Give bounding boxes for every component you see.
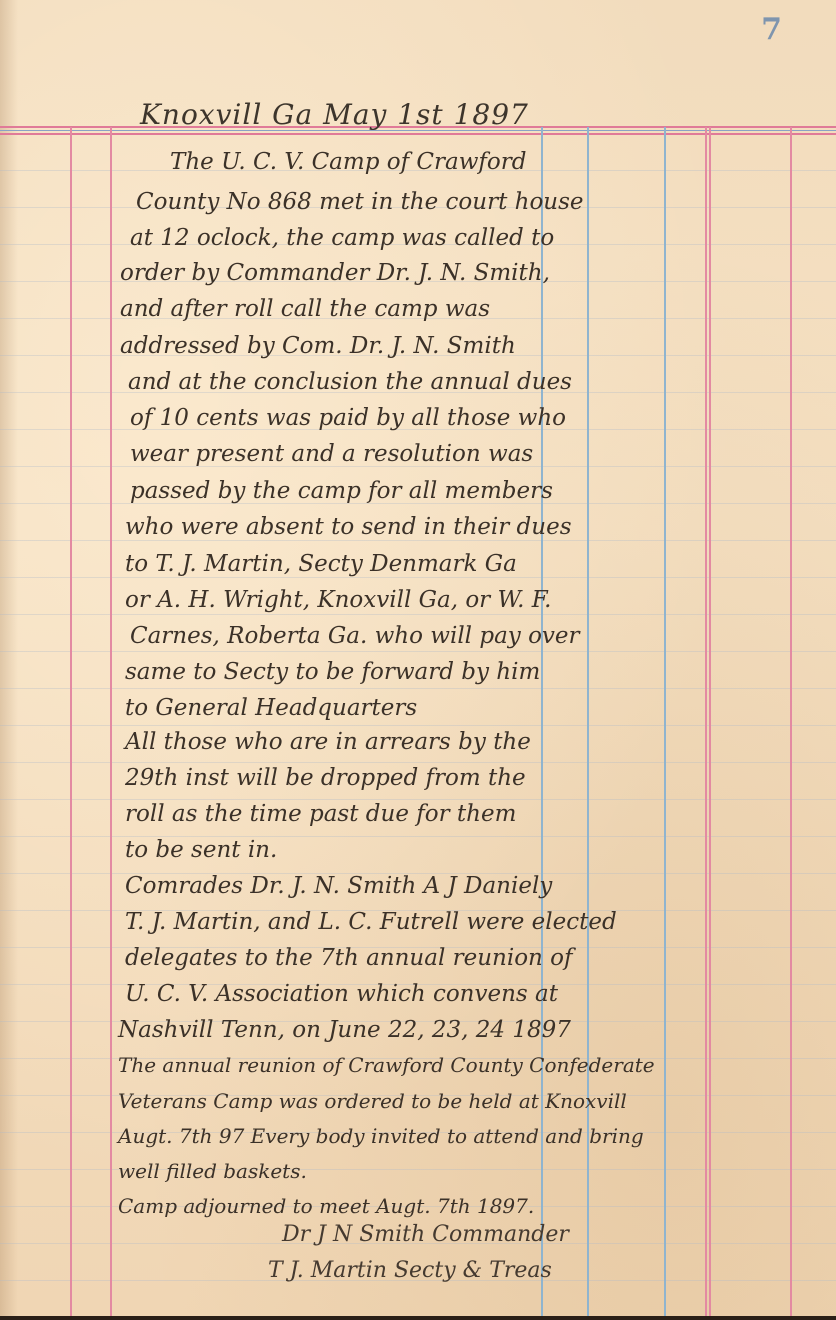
signature-secretary: T J. Martin Secty & Treas (268, 1258, 552, 1283)
ledger-page: 7 Knoxvill Ga May 1st 1897 The U. C. V. … (0, 0, 836, 1320)
body-line: Carnes, Roberta Ga. who will pay over (130, 618, 830, 654)
body-line: or A. H. Wright, Knoxvill Ga, or W. F. (125, 582, 825, 618)
body-line: County No 868 met in the court house (136, 184, 836, 220)
entry-heading: Knoxvill Ga May 1st 1897 (140, 98, 529, 131)
body-line: roll as the time past due for them (125, 796, 825, 832)
body-line: and at the conclusion the annual dues (128, 364, 828, 400)
scan-bottom-edge (0, 1316, 836, 1320)
body-line: The annual reunion of Crawford County Co… (118, 1047, 818, 1083)
body-line: Augt. 7th 97 Every body invited to atten… (118, 1118, 818, 1154)
body-line: addressed by Com. Dr. J. N. Smith (120, 328, 820, 364)
body-line: of 10 cents was paid by all those who (130, 400, 830, 436)
body-line: Nashvill Tenn, on June 22, 23, 24 1897 (118, 1012, 818, 1048)
body-line: to General Headquarters (125, 690, 825, 726)
body-line: and after roll call the camp was (120, 291, 820, 327)
body-line: to be sent in. (125, 832, 825, 868)
body-line: U. C. V. Association which convens at (125, 976, 825, 1012)
body-line: Comrades Dr. J. N. Smith A J Daniely (125, 868, 825, 904)
body-line: The U. C. V. Camp of Crawford (170, 144, 836, 180)
body-line: to T. J. Martin, Secty Denmark Ga (125, 546, 825, 582)
margin-rule-2 (110, 127, 112, 1320)
body-line: passed by the camp for all members (130, 473, 830, 509)
body-line: Veterans Camp was ordered to be held at … (118, 1083, 818, 1119)
body-line: same to Secty to be forward by him (125, 654, 825, 690)
body-line: order by Commander Dr. J. N. Smith, (120, 255, 820, 291)
body-line: T. J. Martin, and L. C. Futrell were ele… (125, 904, 825, 940)
body-line: delegates to the 7th annual reunion of (125, 940, 825, 976)
signature-commander: Dr J N Smith Commander (282, 1222, 569, 1247)
body-line: well filled baskets. (118, 1153, 818, 1189)
body-line: at 12 oclock, the camp was called to (130, 220, 830, 256)
body-line: wear present and a resolution was (130, 436, 830, 472)
body-line: All those who are in arrears by the (125, 724, 825, 760)
body-line: who were absent to send in their dues (125, 509, 825, 545)
margin-rule-1 (70, 127, 72, 1320)
body-line: Camp adjourned to meet Augt. 7th 1897. (118, 1188, 818, 1224)
page-number: 7 (761, 12, 782, 47)
body-line: 29th inst will be dropped from the (125, 760, 825, 796)
header-red-rule-bottom (0, 133, 836, 135)
